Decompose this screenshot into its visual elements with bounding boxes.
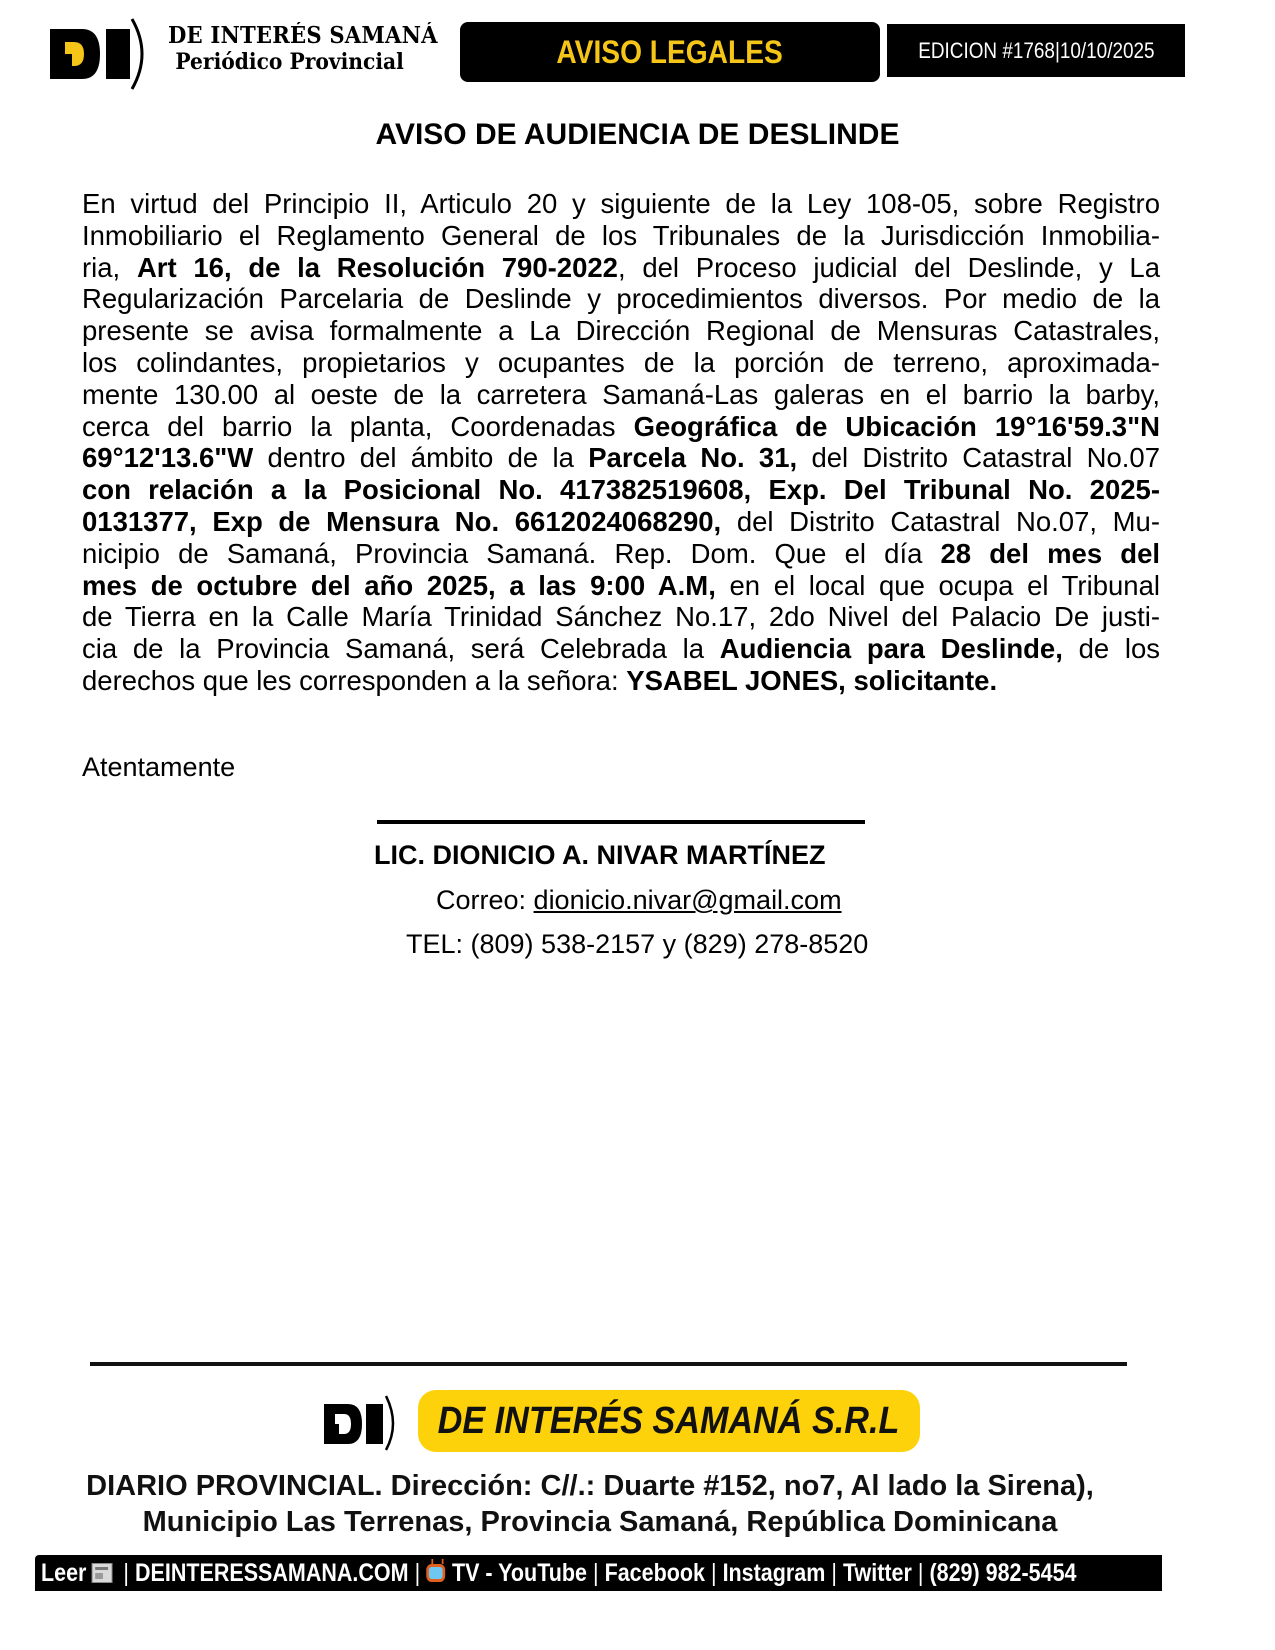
body-text: de Tierra en la Calle María Trinidad Sán…: [82, 601, 1160, 632]
document-body: En virtud del Principio II, Articulo 20 …: [82, 188, 1160, 697]
body-line: Inmobiliario el Reglamento General de lo…: [82, 220, 1160, 252]
contact-bar: Leer | DEINTERESSAMANA.COM | TV - YouTub…: [35, 1555, 1162, 1591]
bold-text: Art 16, de la Resolución 790-2022: [137, 252, 618, 283]
facebook-link[interactable]: Facebook: [605, 1559, 705, 1588]
signature-line: [377, 820, 865, 824]
youtube-link[interactable]: TV - YouTube: [452, 1559, 587, 1588]
newspaper-icon: [92, 1563, 113, 1583]
body-text: Regularización Parcelaria de Deslinde y …: [82, 283, 1160, 314]
address-line-2: Municipio Las Terrenas, Provincia Samaná…: [10, 1506, 1190, 1539]
bold-text: Audiencia para Deslinde,: [720, 633, 1063, 664]
body-text: dentro del ámbito de la: [253, 442, 588, 473]
section-tag-label: AVISO LEGALES: [557, 34, 783, 71]
body-text: de los: [1063, 633, 1160, 664]
body-text: , del Proceso judicial del Deslinde, y L…: [618, 252, 1160, 283]
body-text: cerca del barrio la planta, Coordenadas: [82, 411, 634, 442]
signatory-name: LIC. DIONICIO A. NIVAR MARTÍNEZ: [374, 840, 826, 871]
instagram-link[interactable]: Instagram: [723, 1559, 826, 1588]
body-text: cia de la Provincia Samaná, será Celebra…: [82, 633, 720, 664]
email-link[interactable]: dionicio.nivar@gmail.com: [534, 885, 842, 915]
signatory-phones: TEL: (809) 538-2157 y (829) 278-8520: [406, 929, 868, 960]
body-text: ria,: [82, 252, 137, 283]
separator: |: [918, 1559, 924, 1588]
bold-text: mes de octubre del año 2025, a las 9:00 …: [82, 570, 716, 601]
footer-di-logo-icon: [322, 1392, 402, 1452]
website-link[interactable]: DEINTERESSAMANA.COM: [135, 1559, 409, 1588]
section-tag: AVISO LEGALES: [460, 22, 880, 82]
brand-subtitle: Periódico Provincial: [168, 49, 438, 76]
body-text: derechos que les corresponden a la señor…: [82, 665, 626, 696]
body-line: cerca del barrio la planta, Coordenadas …: [82, 411, 1160, 443]
read-label: Leer: [41, 1559, 86, 1588]
company-banner: DE INTERÉS SAMANÁ S.R.L: [418, 1390, 920, 1452]
contact-phone: (829) 982-5454: [929, 1559, 1076, 1588]
bold-text: 0131377, Exp de Mensura No. 661202406829…: [82, 506, 721, 537]
document-title: AVISO DE AUDIENCIA DE DESLINDE: [0, 118, 1275, 152]
brand-title: DE INTERÉS SAMANÁ: [168, 22, 438, 49]
body-text: presente se avisa formalmente a La Direc…: [82, 315, 1160, 346]
body-line: cia de la Provincia Samaná, será Celebra…: [82, 633, 1160, 665]
body-text: En virtud del Principio II, Articulo 20 …: [82, 188, 1160, 219]
body-line: presente se avisa formalmente a La Direc…: [82, 315, 1160, 347]
body-line: nicipio de Samaná, Provincia Samaná. Rep…: [82, 538, 1160, 570]
closing-salutation: Atentamente: [82, 752, 235, 783]
email-label: Correo:: [436, 885, 534, 915]
separator: |: [415, 1559, 421, 1588]
body-line: los colindantes, propietarios y ocupante…: [82, 347, 1160, 379]
edition-label: EDICION #1768|10/10/2025: [918, 38, 1154, 64]
body-line: En virtud del Principio II, Articulo 20 …: [82, 188, 1160, 220]
footer-divider: [90, 1362, 1127, 1366]
body-text: del Distrito Catastral No.07, Mu-: [721, 506, 1160, 537]
body-line: de Tierra en la Calle María Trinidad Sán…: [82, 601, 1160, 633]
body-line: con relación a la Posicional No. 4173825…: [82, 474, 1160, 506]
twitter-link[interactable]: Twitter: [843, 1559, 912, 1588]
company-name: DE INTERÉS SAMANÁ S.R.L: [438, 1400, 900, 1443]
body-line: mes de octubre del año 2025, a las 9:00 …: [82, 570, 1160, 602]
brand-name: DE INTERÉS SAMANÁ Periódico Provincial: [168, 22, 461, 76]
separator: |: [123, 1559, 129, 1588]
body-text: nicipio de Samaná, Provincia Samaná. Rep…: [82, 538, 941, 569]
body-text: mente 130.00 al oeste de la carretera Sa…: [82, 379, 1160, 410]
body-line: derechos que les corresponden a la señor…: [82, 665, 1160, 697]
separator: |: [711, 1559, 717, 1588]
body-text: del Distrito Catastral No.07: [797, 442, 1160, 473]
bold-text: con relación a la Posicional No. 4173825…: [82, 474, 1160, 505]
television-icon: [426, 1564, 445, 1582]
edition-badge: EDICION #1768|10/10/2025: [887, 24, 1185, 77]
body-text: en el local que ocupa el Tribunal: [716, 570, 1160, 601]
address-line-1: DIARIO PROVINCIAL. Dirección: C//.: Duar…: [0, 1470, 1180, 1503]
bold-text: Geográfica de Ubicación 19°16'59.3"N: [634, 411, 1160, 442]
separator: |: [593, 1559, 599, 1588]
separator: |: [831, 1559, 837, 1588]
body-text: Inmobiliario el Reglamento General de lo…: [82, 220, 1160, 251]
body-line: 69°12'13.6"W dentro del ámbito de la Par…: [82, 442, 1160, 474]
body-line: ria, Art 16, de la Resolución 790-2022, …: [82, 252, 1160, 284]
di-logo-icon: [48, 17, 153, 91]
bold-text: 28 del mes del: [941, 538, 1161, 569]
body-text: los colindantes, propietarios y ocupante…: [82, 347, 1160, 378]
bold-text: YSABEL JONES, solicitante.: [626, 665, 997, 696]
bold-text: 69°12'13.6"W: [82, 442, 253, 473]
body-line: 0131377, Exp de Mensura No. 661202406829…: [82, 506, 1160, 538]
bold-text: Parcela No. 31,: [588, 442, 797, 473]
signatory-email-row: Correo: dionicio.nivar@gmail.com: [436, 885, 842, 916]
body-line: mente 130.00 al oeste de la carretera Sa…: [82, 379, 1160, 411]
body-line: Regularización Parcelaria de Deslinde y …: [82, 283, 1160, 315]
